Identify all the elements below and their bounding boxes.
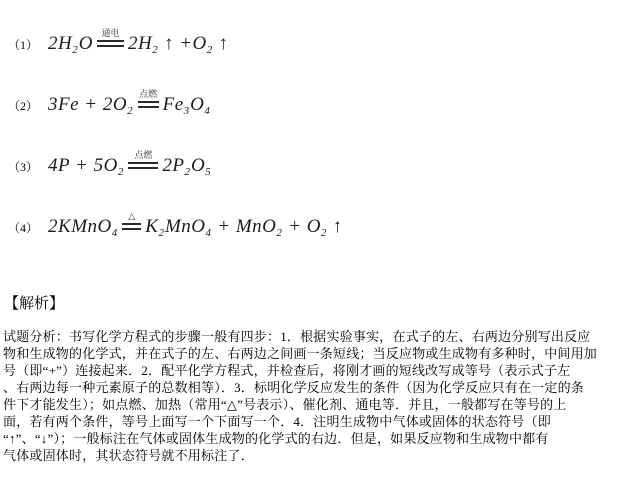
formula-segment: O (191, 155, 205, 176)
condition-label: △ (122, 211, 141, 222)
analysis-line: 号（即“+”）连接起来．2．配平化学方程式，并检查后，将刚才画的短线改写成等号（… (3, 362, 630, 379)
chemical-equation: （4）2KMnO4△K2MnO4 + MnO2 + O2 ↑ (8, 209, 630, 245)
formula-segment: ↑ (213, 33, 228, 54)
formula-segment: K (145, 216, 158, 237)
analysis-line: 面，若有两个条件，等号上面写一个下面写一个．4．注明生成物中气体或固体的状态符号… (3, 413, 630, 430)
formula-segment: 2H (48, 33, 72, 54)
equation-number: （4） (8, 210, 38, 246)
analysis-text: 试题分析：书写化学方程式的步骤一般有四步：1．根据实验事实，在式子的左、右两边分… (3, 328, 630, 464)
analysis-line: 件下才能发生）；如点燃、加热（常用“△”号表示）、催化剂、通电等．并且，一般都写… (3, 396, 630, 413)
reaction-condition-equals: △ (122, 211, 141, 230)
analysis-line: 试题分析：书写化学方程式的步骤一般有四步：1．根据实验事实，在式子的左、右两边分… (3, 328, 630, 345)
formula-segment: 4P + 5O (48, 155, 118, 176)
subscript: 2 (152, 44, 158, 56)
reaction-condition-equals: 通电 (97, 28, 124, 47)
subscript: 5 (205, 166, 211, 178)
equation-list: （1）2H2O通电2H2 ↑ +O2 ↑（2）3Fe + 2O2点燃Fe3O4（… (0, 0, 630, 245)
equation-body: 3Fe + 2O2点燃Fe3O4 (48, 94, 211, 115)
equation-body: 4P + 5O2点燃2P2O5 (48, 155, 212, 176)
equation-number: （1） (8, 27, 38, 63)
analysis-line: “↑”、“↓”）；一般标注在气体或固体生成物的化学式的右边．但是，如果反应物和生… (3, 430, 630, 447)
chemical-equation: （2）3Fe + 2O2点燃Fe3O4 (8, 87, 630, 123)
formula-segment: ↑ (327, 216, 342, 237)
formula-segment: O (79, 33, 93, 54)
analysis-line: 气体或固体时，其状态符号就不用标注了． (3, 447, 630, 464)
chemical-equation: （3）4P + 5O2点燃2P2O5 (8, 148, 630, 184)
formula-segment: 2P (162, 155, 184, 176)
subscript: 4 (206, 227, 212, 239)
formula-segment: O (190, 94, 204, 115)
double-line-equals-icon (128, 162, 158, 169)
formula-segment: ↑ +O (159, 33, 207, 54)
chemical-equation: （1）2H2O通电2H2 ↑ +O2 ↑ (8, 26, 630, 62)
formula-segment: + O (283, 216, 321, 237)
analysis-line: 、右两边每一种元素原子的总数相等）．3．标明化学反应发生的条件（因为化学反应只有… (3, 379, 630, 396)
subscript: 4 (204, 105, 210, 117)
analysis-section-header: 【解析】 (4, 295, 630, 313)
condition-label: 点燃 (128, 150, 158, 161)
analysis-line: 物和生成物的化学式，并在式子的左、右两边之间画一条短线；当反应物或生成物有多种时… (3, 345, 630, 362)
subscript: 2 (207, 44, 213, 56)
double-line-equals-icon (97, 40, 124, 47)
formula-segment: 3Fe + 2O (48, 94, 127, 115)
equation-number: （2） (8, 88, 38, 124)
double-line-equals-icon (138, 101, 159, 108)
subscript: 2 (72, 44, 78, 56)
subscript: 2 (276, 227, 282, 239)
formula-segment: Fe (163, 94, 184, 115)
equation-body: 2KMnO4△K2MnO4 + MnO2 + O2 ↑ (48, 216, 343, 237)
reaction-condition-equals: 点燃 (128, 150, 158, 169)
equation-number: （3） (8, 149, 38, 185)
equation-body: 2H2O通电2H2 ↑ +O2 ↑ (48, 33, 229, 54)
subscript: 2 (321, 227, 327, 239)
subscript: 2 (184, 166, 190, 178)
formula-segment: MnO (165, 216, 206, 237)
subscript: 2 (158, 227, 164, 239)
condition-label: 点燃 (138, 89, 159, 100)
chemistry-answer-document: （1）2H2O通电2H2 ↑ +O2 ↑（2）3Fe + 2O2点燃Fe3O4（… (0, 0, 630, 464)
reaction-condition-equals: 点燃 (138, 89, 159, 108)
subscript: 2 (127, 105, 133, 117)
subscript: 2 (118, 166, 124, 178)
formula-segment: 2H (128, 33, 152, 54)
double-line-equals-icon (122, 223, 141, 230)
subscript: 3 (184, 105, 190, 117)
formula-segment: 2KMnO (48, 216, 112, 237)
subscript: 4 (112, 227, 118, 239)
condition-label: 通电 (97, 28, 124, 39)
formula-segment: + MnO (212, 216, 276, 237)
